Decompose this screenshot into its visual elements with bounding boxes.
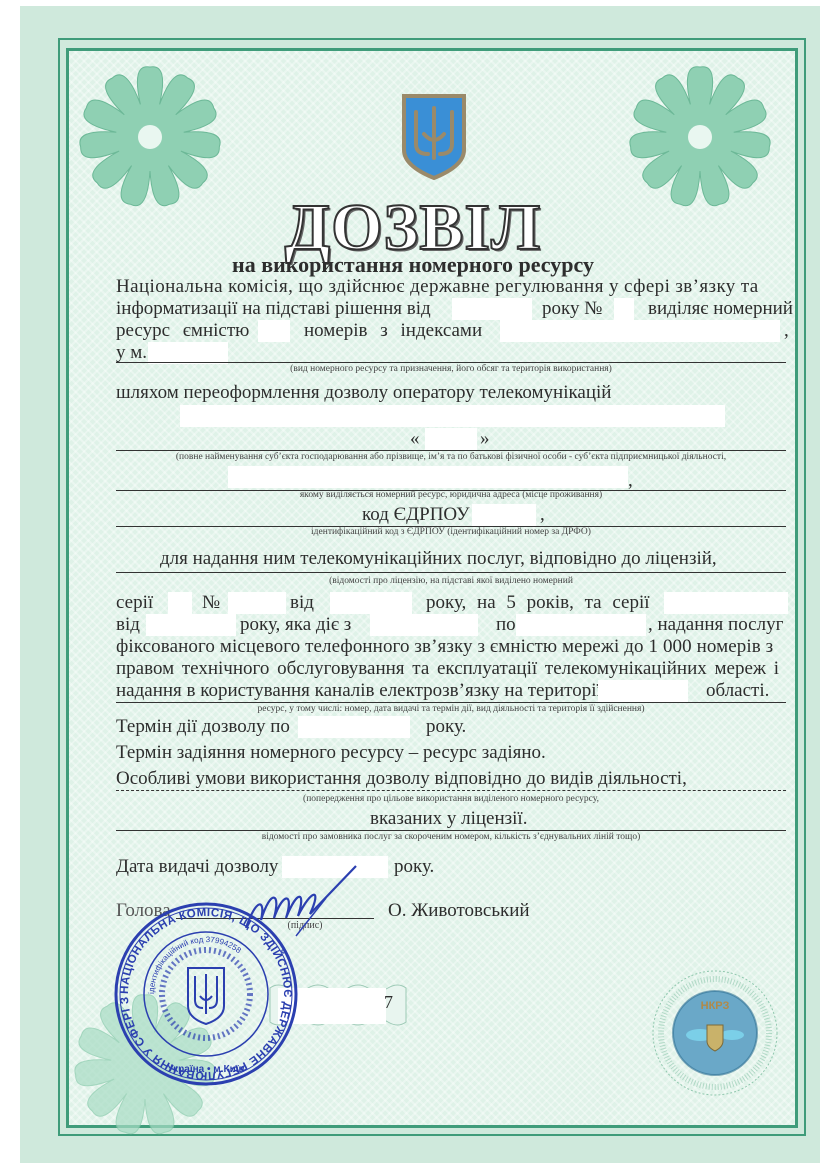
document-subtitle: на використання номерного ресурсу <box>0 252 826 278</box>
license-line-1: для надання ним телекомунікаційних послу… <box>160 548 717 570</box>
serial-suffix: 7 <box>384 992 393 1013</box>
redacted-indexes <box>500 320 780 342</box>
redacted-edrpou <box>472 504 536 526</box>
redacted-valid-to <box>516 614 646 636</box>
license-line-5: правом технічного обслуговування та експ… <box>116 658 779 680</box>
note-license-details: ресурс, у тому числі: номер, дата видачі… <box>116 704 786 714</box>
license-2-valid-to: по <box>496 614 516 636</box>
special-conditions-2: вказаних у ліцензії. <box>370 808 527 830</box>
redacted-capacity <box>258 320 290 342</box>
redacted-license-number <box>228 592 286 614</box>
license-region-suffix: області. <box>706 680 769 702</box>
intro-line-3-mid: номерів з індексами <box>304 320 482 342</box>
redacted-operator-name <box>180 405 725 427</box>
intro-line-3-start: ресурс ємністю <box>116 320 249 342</box>
redacted-valid-from <box>370 614 478 636</box>
quote-open: « <box>410 428 420 450</box>
holder-line-1: шляхом переоформлення дозволу оператору … <box>116 382 611 404</box>
underline <box>116 702 786 703</box>
underline <box>116 572 786 573</box>
signatory-name: О. Животовський <box>388 900 530 922</box>
activation-term: Термін задіяння номерного ресурсу – ресу… <box>116 742 546 764</box>
note-address: якому виділяється номерний ресурс, юриди… <box>116 490 786 500</box>
license-term: року, на 5 років, та серії <box>426 592 650 614</box>
license-line-6: надання в користування каналів електрозв… <box>116 680 602 702</box>
intro-line-1: Національна комісія, що здійснює державн… <box>116 276 759 298</box>
license-2-valid-from: року, яка діє з <box>240 614 351 636</box>
redacted-operator-short-name <box>425 428 477 450</box>
note-resource: (вид номерного ресурсу та призначення, й… <box>116 364 786 374</box>
intro-line-2-start: інформатизації на підставі рішення від <box>116 298 431 320</box>
redacted-decision-date <box>452 298 532 320</box>
redacted-city <box>148 342 228 364</box>
intro-line-2-mid: року № <box>542 298 602 320</box>
issue-date-suffix: року. <box>394 856 434 878</box>
redacted-region <box>598 680 688 702</box>
special-conditions: Особливі умови використання дозволу відп… <box>116 768 687 790</box>
official-seal-icon: НАЦІОНАЛЬНА КОМІСІЯ, ЩО ЗДІЙСНЮЄ ДЕРЖАВН… <box>112 900 300 1088</box>
validity-label: Термін дії дозволу по <box>116 716 290 738</box>
underline <box>116 450 786 451</box>
underline <box>116 362 786 363</box>
license-services-start: , надання послуг <box>648 614 783 636</box>
note-license: (відомості про ліцензію, на підставі яко… <box>116 576 786 586</box>
underline <box>116 830 786 831</box>
redacted-validity-date <box>298 716 410 738</box>
license-line-4: фіксованого місцевого телефонного зв’язк… <box>116 636 773 658</box>
license-2-date-label: від <box>116 614 140 636</box>
underline <box>116 790 786 791</box>
note-holder-name: (повне найменування суб’єкта господарюва… <box>116 452 786 462</box>
note-customers: відомості про замовника послуг за скороч… <box>116 832 786 842</box>
quote-close: » <box>480 428 490 450</box>
redacted-series <box>168 592 192 614</box>
note-special: (попередження про цільове використання в… <box>116 794 786 804</box>
redacted-license-2-date <box>146 614 236 636</box>
address-comma: , <box>628 470 633 492</box>
redacted-address <box>228 466 628 488</box>
redacted-license-date <box>330 592 412 614</box>
license-series-label: серії <box>116 592 153 614</box>
redacted-series-2 <box>664 592 788 614</box>
license-number-label: № <box>202 592 220 614</box>
validity-suffix: року. <box>426 716 466 738</box>
license-date-label: від <box>290 592 314 614</box>
stamp-bottom-text: Україна • м.Київ <box>167 1064 244 1075</box>
redacted-decision-number <box>614 298 634 320</box>
trident-coat-of-arms-icon <box>400 92 468 180</box>
intro-line-2-end: виділяє номерний <box>648 298 793 320</box>
edrpou-label: код ЄДРПОУ <box>362 504 470 526</box>
note-edrpou: ідентифікаційний код з ЄДРПОУ (ідентифік… <box>116 527 786 537</box>
intro-line-3-end: , <box>784 320 789 342</box>
hologram-icon: НКРЗ <box>640 965 790 1100</box>
intro-line-4-start: у м. <box>116 342 147 364</box>
edrpou-comma: , <box>540 504 545 526</box>
hologram-label: НКРЗ <box>701 1000 730 1012</box>
